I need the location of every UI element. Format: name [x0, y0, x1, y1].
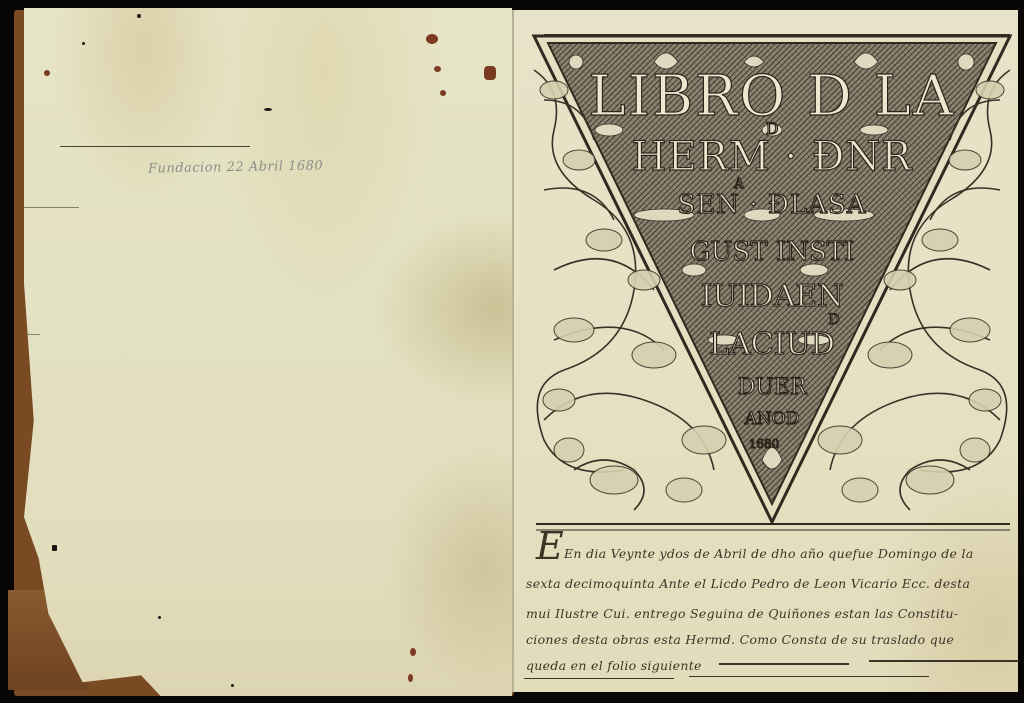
svg-text:HERM · ĐNR: HERM · ĐNR: [632, 134, 914, 180]
underline: [524, 678, 674, 679]
svg-text:GUST INSTI: GUST INSTI: [690, 237, 855, 267]
stain: [434, 66, 441, 72]
pencil-note: Fundacion 22 Abril 1680: [148, 158, 323, 176]
wormhole: [158, 616, 161, 619]
svg-text:IUIDAEN: IUIDAEN: [701, 279, 844, 314]
line-filler: [689, 676, 929, 677]
right-page: LIBRO D LA D HERM · ĐNR A SEN · ĐLASA GU…: [512, 10, 1018, 692]
left-page-rule: [60, 146, 250, 147]
stain: [426, 34, 438, 44]
handwritten-line: En dia Veynte ydos de Abril de dho año q…: [564, 546, 974, 561]
svg-text:D: D: [828, 312, 839, 328]
wormhole: [264, 108, 272, 111]
line-filler: [719, 663, 849, 665]
stain: [440, 90, 446, 96]
svg-text:ANOD: ANOD: [744, 409, 800, 429]
decorated-initial: E: [536, 524, 564, 568]
wormhole: [231, 684, 234, 687]
stain: [408, 674, 413, 682]
stain: [44, 70, 50, 76]
wormhole: [137, 14, 141, 18]
handwritten-line: mui Ilustre Cui. entrego Seguina de Quiñ…: [526, 606, 958, 621]
stain: [484, 66, 496, 80]
left-page-fold-mark: [24, 207, 79, 208]
line-filler: [869, 660, 1019, 662]
wormhole: [82, 42, 85, 45]
svg-text:LACIUD: LACIUD: [709, 327, 835, 362]
handwritten-line: ciones desta obras esta Hermd. Como Cons…: [526, 632, 954, 647]
wormhole: [52, 545, 57, 551]
svg-text:1680: 1680: [749, 437, 780, 451]
stain: [410, 648, 416, 656]
left-page: Fundacion 22 Abril 1680: [24, 8, 512, 696]
svg-text:DUER: DUER: [738, 375, 808, 400]
svg-text:SEN · ĐLASA: SEN · ĐLASA: [678, 190, 867, 220]
handwritten-line: sexta decimoquinta Ante el Licdo Pedro d…: [526, 576, 970, 591]
handwritten-line: queda en el folio siguiente: [526, 658, 702, 673]
